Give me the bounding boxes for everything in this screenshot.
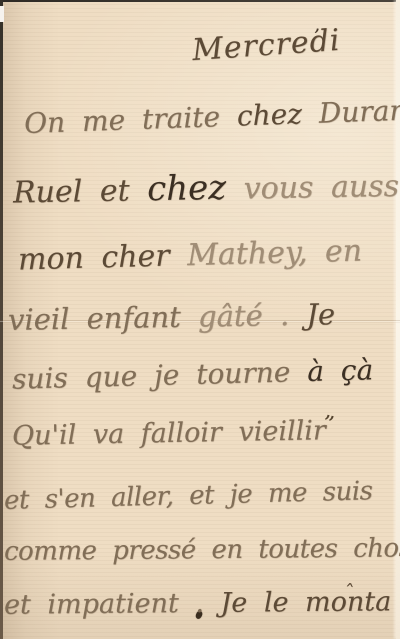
letter-text: Qu'il va falloir vieillir xyxy=(12,415,326,451)
letter-text: mon cher xyxy=(18,238,188,277)
scan-edge-notch xyxy=(0,6,4,22)
letter-line: et s'en aller, et je me suis xyxy=(4,476,373,516)
letter-text: On me traite xyxy=(24,100,238,140)
letter-text: comme pressé en toutes choses xyxy=(4,533,400,567)
letter-text: Je le monta xyxy=(220,586,391,618)
letter-line: Qu'il va falloir vieillir xyxy=(12,415,326,451)
letter-scan: Mercredi ʼ On me traite chez Durand Ruel… xyxy=(0,0,400,639)
letter-text: vous aussi, xyxy=(226,168,400,206)
letter-text: chez xyxy=(147,168,227,209)
letter-text: suis que je tourne xyxy=(12,355,308,396)
letter-line: comme pressé en toutes choses xyxy=(4,533,400,567)
letter-text: chez xyxy=(236,97,319,133)
letter-text: à çà xyxy=(307,353,374,388)
letter-line: Ruel et chez vous aussi, xyxy=(13,164,400,211)
letter-line: vieil enfant gâté . Je xyxy=(8,297,336,337)
letter-text: Je xyxy=(306,297,335,331)
letter-line: suis que je tourne à çà xyxy=(12,353,374,395)
letter-line: mon cher Mathey, en xyxy=(18,234,363,278)
letter-text: gâté . xyxy=(198,298,307,334)
letter-text: et impatient . xyxy=(4,588,221,621)
scan-edge-top xyxy=(0,0,400,2)
letter-text: vieil enfant xyxy=(8,300,199,337)
letter-line: On me traite chez Durand xyxy=(24,93,400,140)
letter-text: et s'en aller, et je me suis xyxy=(4,476,373,516)
letter-text: Mathey, en xyxy=(187,234,363,274)
letter-line: et impatient . Je le monta xyxy=(4,586,392,620)
letter-text: Ruel et xyxy=(13,173,148,210)
letter-text: Durand xyxy=(318,93,400,130)
